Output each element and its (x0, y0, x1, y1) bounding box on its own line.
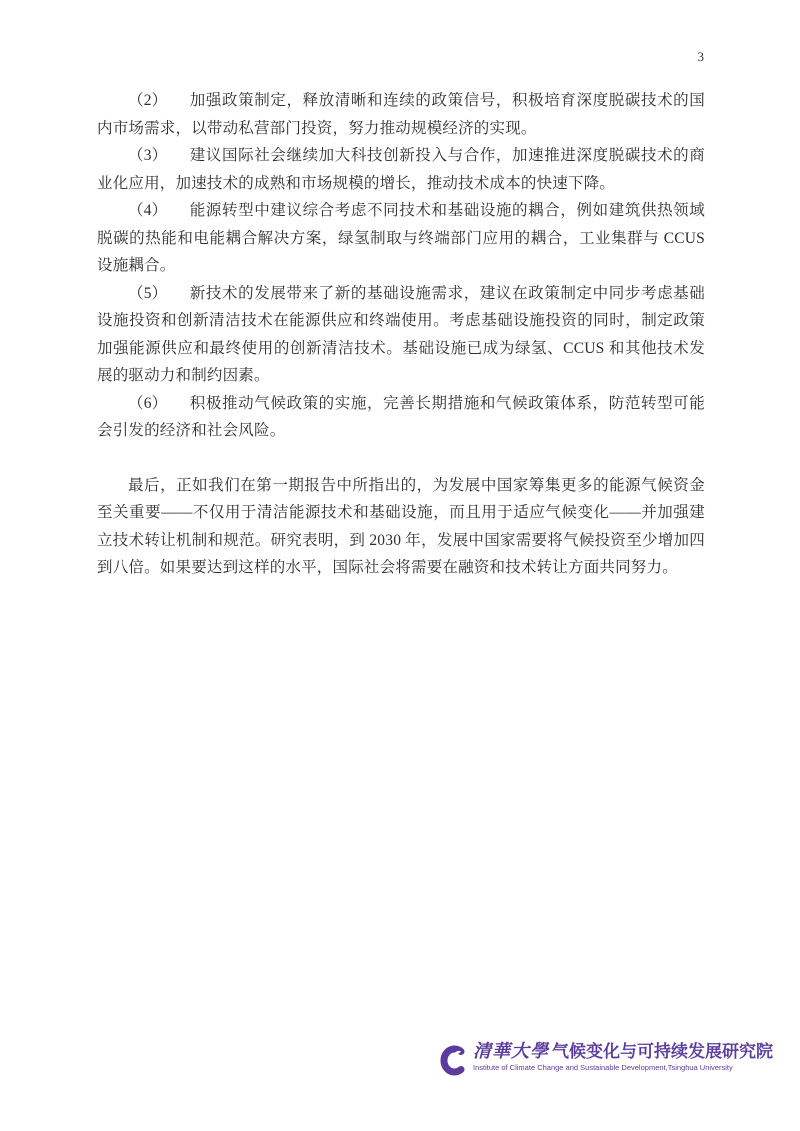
paragraph-number: （6） (128, 390, 167, 418)
document-page: 3 （2）加强政策制定，释放清晰和连续的政策信号，积极培育深度脱碳技术的国内市场… (0, 0, 800, 1131)
paragraph-number: （3） (128, 142, 167, 170)
paragraph-text: 能源转型中建议综合考虑不同技术和基础设施的耦合，例如建筑供热领域脱碳的热能和电能… (97, 202, 705, 274)
numbered-paragraph: （6）积极推动气候政策的实施，完善长期措施和气候政策体系，防范转型可能会引发的经… (97, 390, 705, 445)
closing-paragraph: 最后，正如我们在第一期报告中所指出的，为发展中国家筹集更多的能源气候资金至关重要… (97, 472, 705, 582)
institute-name-cn: 清華大學气候变化与可持续发展研究院 (473, 1042, 773, 1061)
institute-footer: 清華大學气候变化与可持续发展研究院 Institute of Climate C… (437, 1042, 773, 1077)
page-number: 3 (698, 49, 705, 65)
paragraph-text: 积极推动气候政策的实施，完善长期措施和气候政策体系，防范转型可能会引发的经济和社… (97, 395, 705, 440)
paragraph-number: （4） (128, 197, 167, 225)
numbered-paragraph: （5）新技术的发展带来了新的基础设施需求，建议在政策制定中同步考虑基础设施投资和… (97, 280, 705, 390)
numbered-paragraph: （3）建议国际社会继续加大科技创新投入与合作，加速推进深度脱碳技术的商业化应用，… (97, 142, 705, 197)
numbered-paragraph: （2）加强政策制定，释放清晰和连续的政策信号，积极培育深度脱碳技术的国内市场需求… (97, 87, 705, 142)
paragraph-text: 加强政策制定，释放清晰和连续的政策信号，积极培育深度脱碳技术的国内市场需求，以带… (97, 92, 705, 137)
paragraph-text: 建议国际社会继续加大科技创新投入与合作，加速推进深度脱碳技术的商业化应用，加速技… (97, 147, 705, 192)
institute-cn-text: 气候变化与可持续发展研究院 (552, 1042, 773, 1061)
paragraph-number: （2） (128, 87, 167, 115)
numbered-paragraph: （4）能源转型中建议综合考虑不同技术和基础设施的耦合，例如建筑供热领域脱碳的热能… (97, 197, 705, 280)
iccsd-c-logo-icon (437, 1044, 465, 1077)
institute-name-en: Institute of Climate Change and Sustaina… (473, 1063, 773, 1073)
tsinghua-calligraphy: 清華大學 (473, 1041, 549, 1061)
institute-name-block: 清華大學气候变化与可持续发展研究院 Institute of Climate C… (473, 1042, 773, 1073)
paragraph-text: 新技术的发展带来了新的基础设施需求，建议在政策制定中同步考虑基础设施投资和创新清… (97, 285, 705, 385)
paragraph-number: （5） (128, 280, 167, 308)
document-body: （2）加强政策制定，释放清晰和连续的政策信号，积极培育深度脱碳技术的国内市场需求… (97, 87, 705, 582)
